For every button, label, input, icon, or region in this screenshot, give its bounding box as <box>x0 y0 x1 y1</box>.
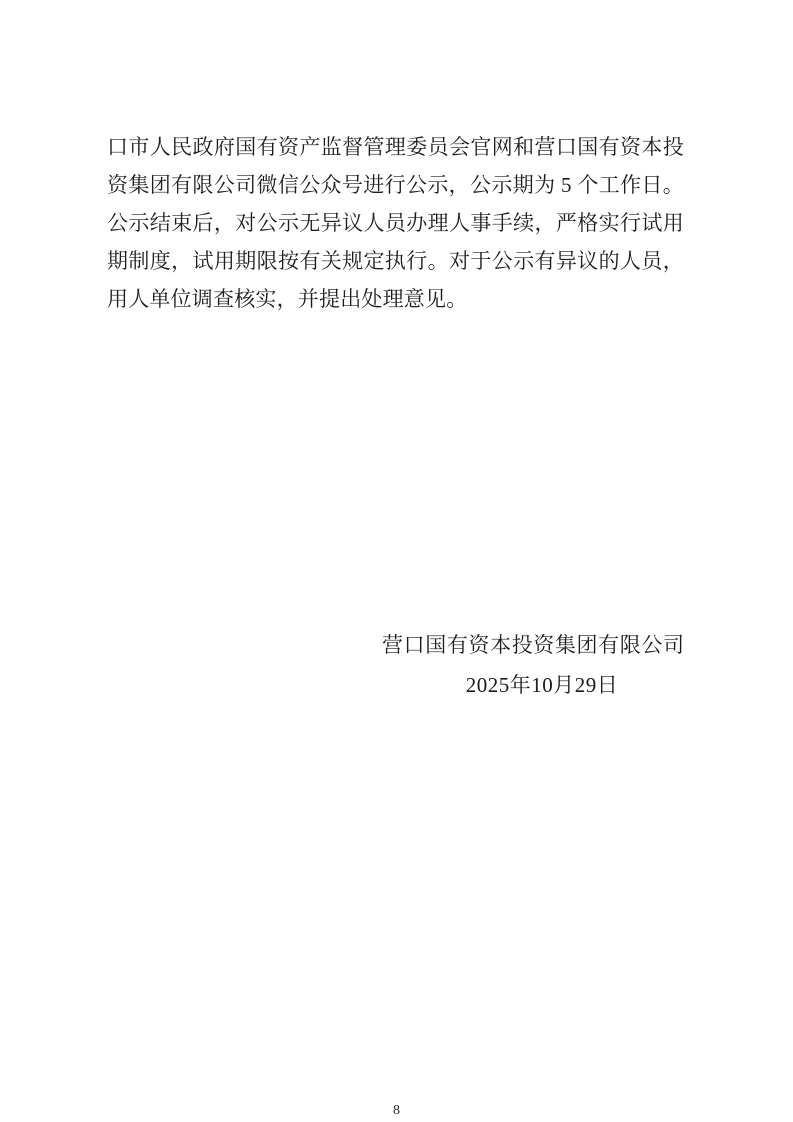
page-number: 8 <box>0 1103 793 1119</box>
body-line-2: 资集团有限公司微信公众号进行公示，公示期为 5 个工作日。 <box>107 166 684 204</box>
body-paragraph: 口市人民政府国有资产监督管理委员会官网和营口国有资本投 资集团有限公司微信公众号… <box>107 128 684 318</box>
body-line-4: 期制度，试用期限按有关规定执行。对于公示有异议的人员， <box>107 242 684 280</box>
body-line-1: 口市人民政府国有资产监督管理委员会官网和营口国有资本投 <box>107 128 684 166</box>
body-line-3: 公示结束后，对公示无异议人员办理人事手续，严格实行试用 <box>107 204 684 242</box>
document-page: 口市人民政府国有资产监督管理委员会官网和营口国有资本投 资集团有限公司微信公众号… <box>0 0 793 1122</box>
signature-date: 2025年10月29日 <box>382 665 684 705</box>
body-line-5: 用人单位调查核实，并提出处理意见。 <box>107 280 684 318</box>
signature-block: 营口国有资本投资集团有限公司 2025年10月29日 <box>382 625 684 705</box>
signature-organization: 营口国有资本投资集团有限公司 <box>382 625 684 665</box>
